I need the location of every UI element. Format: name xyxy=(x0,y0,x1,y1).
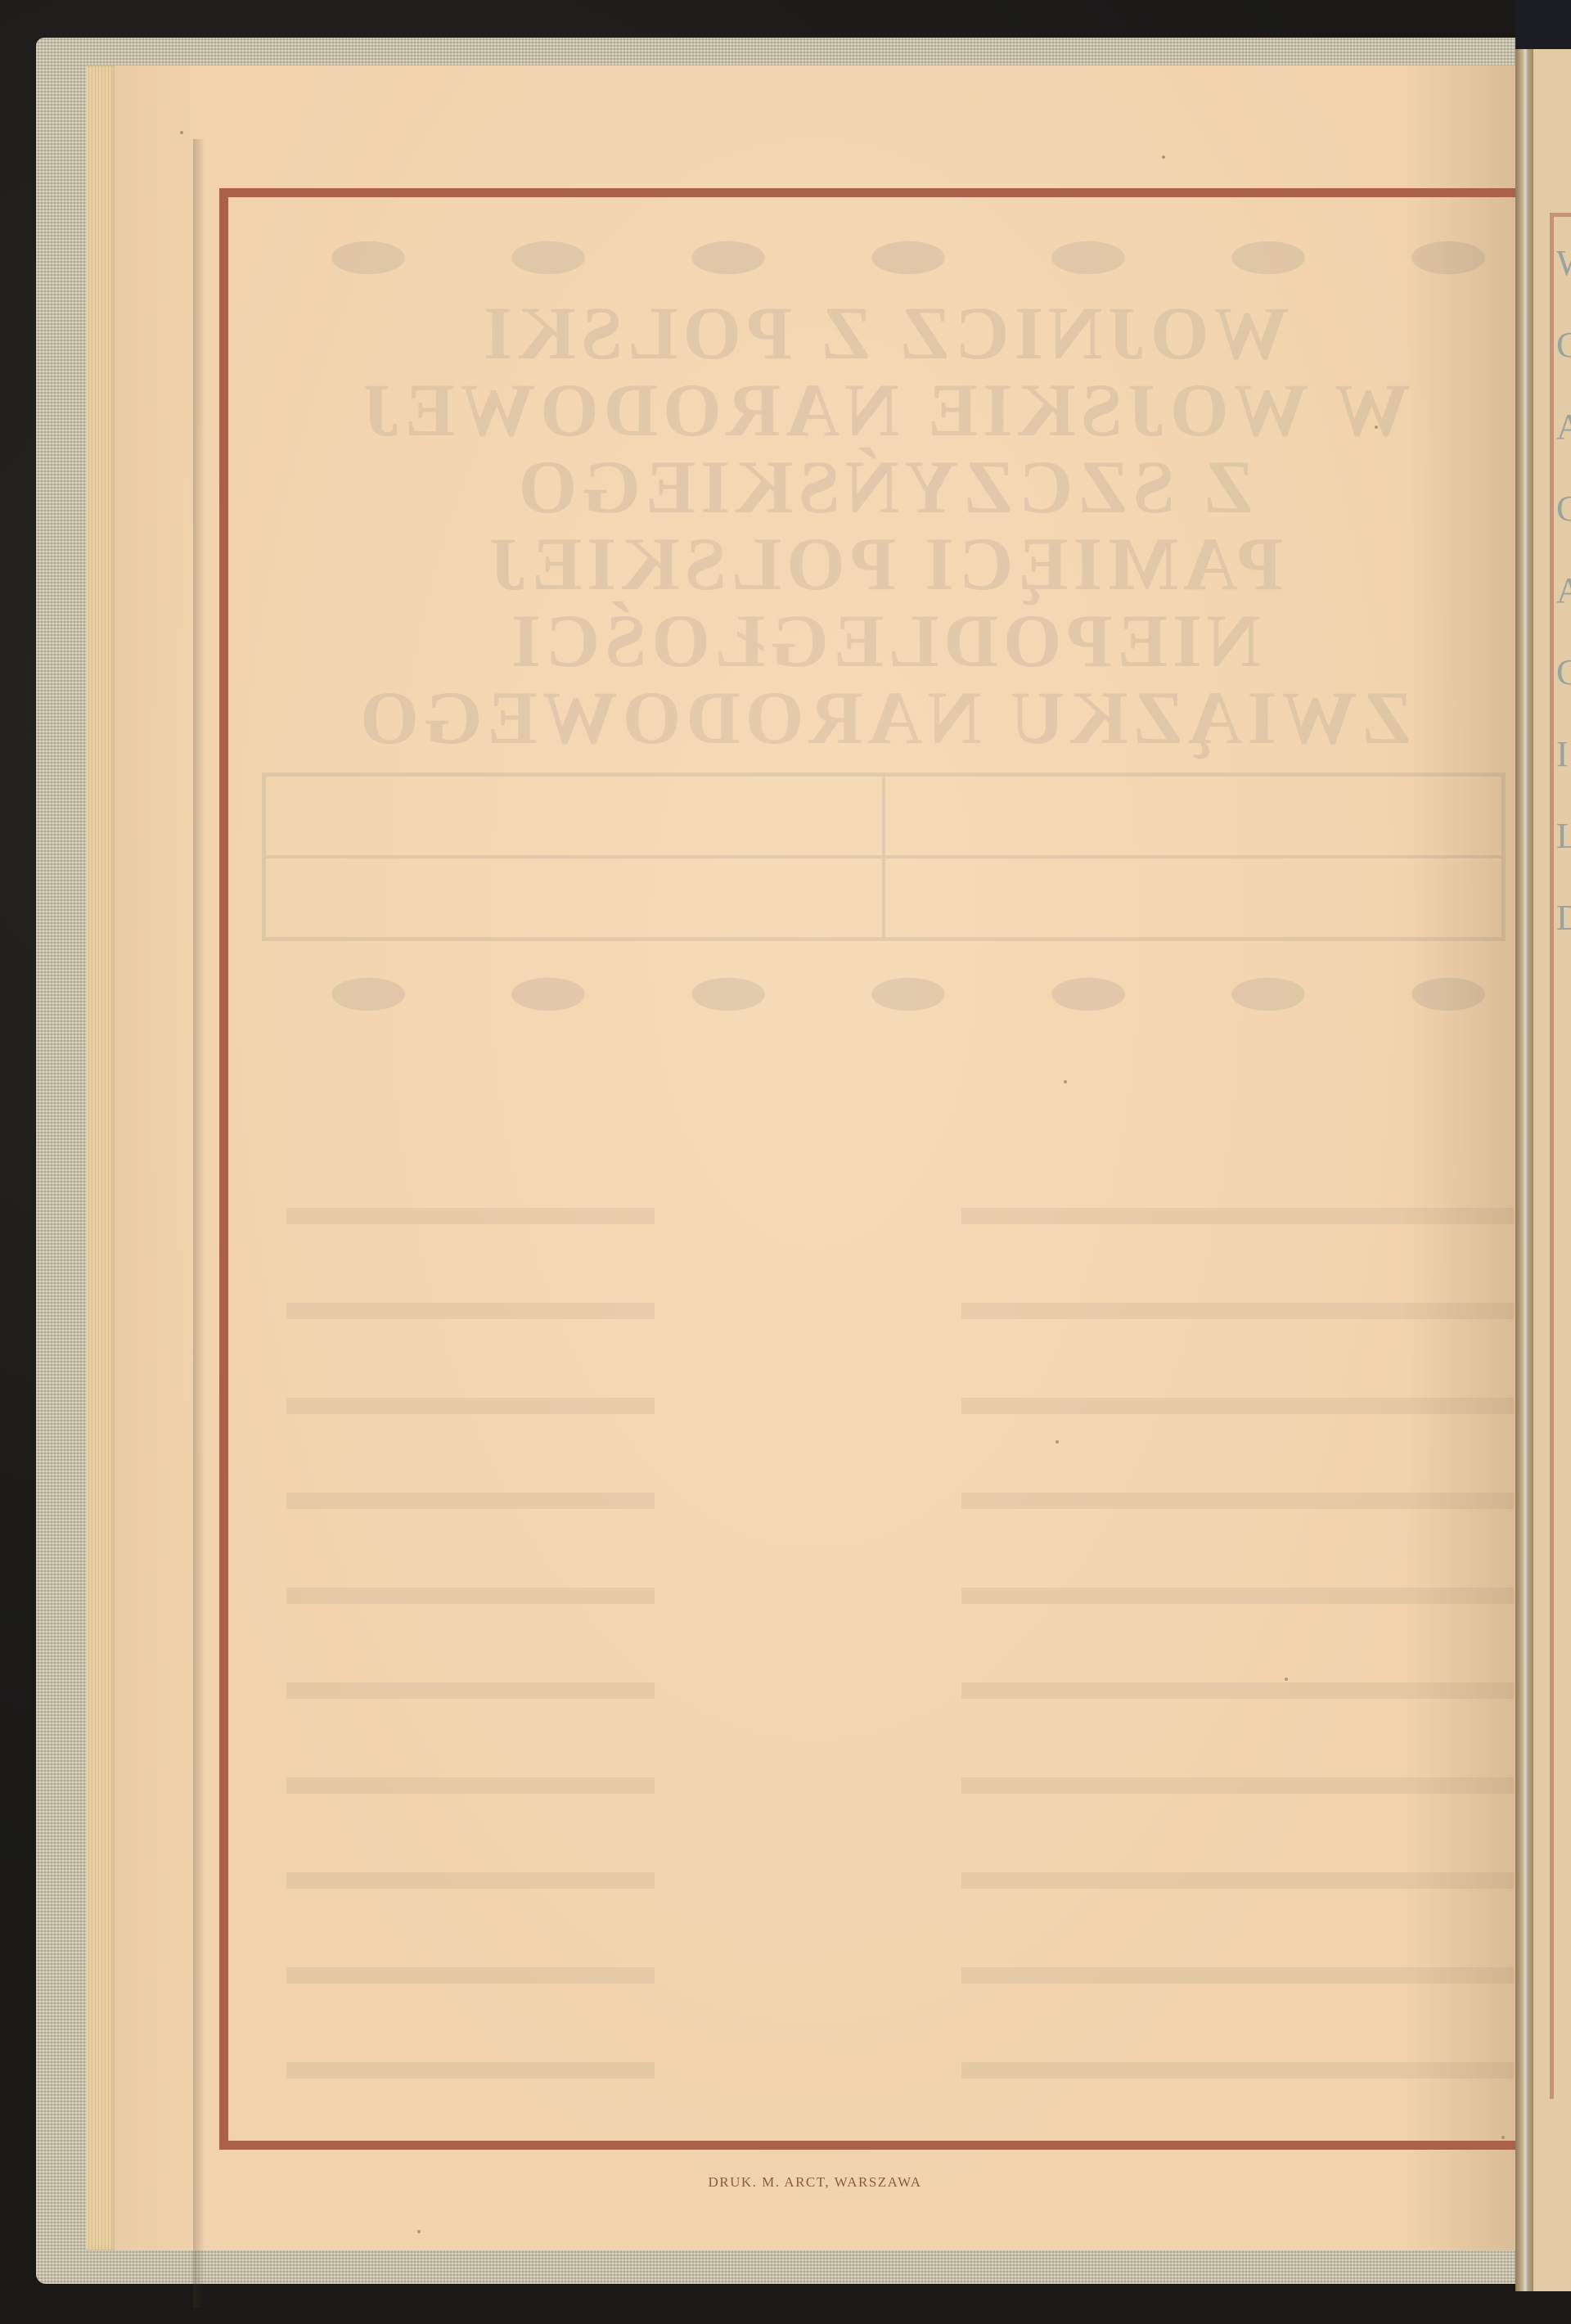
paper-speck xyxy=(1501,2136,1505,2139)
facing-page-edge: W C A C A C I L D xyxy=(1533,49,1571,2291)
facing-page-glyph: L xyxy=(1556,810,1571,862)
paper-speck xyxy=(1064,1080,1067,1083)
scan-background: WOJNICZ Z POLSKI W WOJSKIE NARODOWEJ Z S… xyxy=(0,0,1571,2324)
page-edges xyxy=(86,65,115,2250)
facing-page-glyph: A xyxy=(1556,565,1571,617)
facing-page-glyph: D xyxy=(1556,892,1571,944)
paper-speck xyxy=(1162,155,1165,159)
book-page: WOJNICZ Z POLSKI W WOJSKIE NARODOWEJ Z S… xyxy=(115,65,1515,2250)
book-gutter xyxy=(1515,49,1533,2291)
paper-speck xyxy=(417,2230,421,2233)
facing-page-glyph: C xyxy=(1556,646,1571,699)
facing-page-glyph: C xyxy=(1556,319,1571,372)
gutter-shadow xyxy=(1515,0,1571,49)
facing-page-glyph: C xyxy=(1556,483,1571,535)
facing-page-glyph: W xyxy=(1556,237,1571,290)
facing-page-glyph: I xyxy=(1556,728,1571,781)
paper-speck xyxy=(1285,1678,1288,1681)
decorative-frame xyxy=(219,188,1542,2150)
printer-imprint: DRUK. M. ARCT, WARSZAWA xyxy=(115,2174,1515,2191)
paper-speck xyxy=(1375,426,1378,429)
facing-page-glyph: A xyxy=(1556,401,1571,453)
paper-speck xyxy=(1056,1440,1059,1443)
paper-speck xyxy=(180,131,183,134)
binding-shadow xyxy=(193,139,205,2308)
